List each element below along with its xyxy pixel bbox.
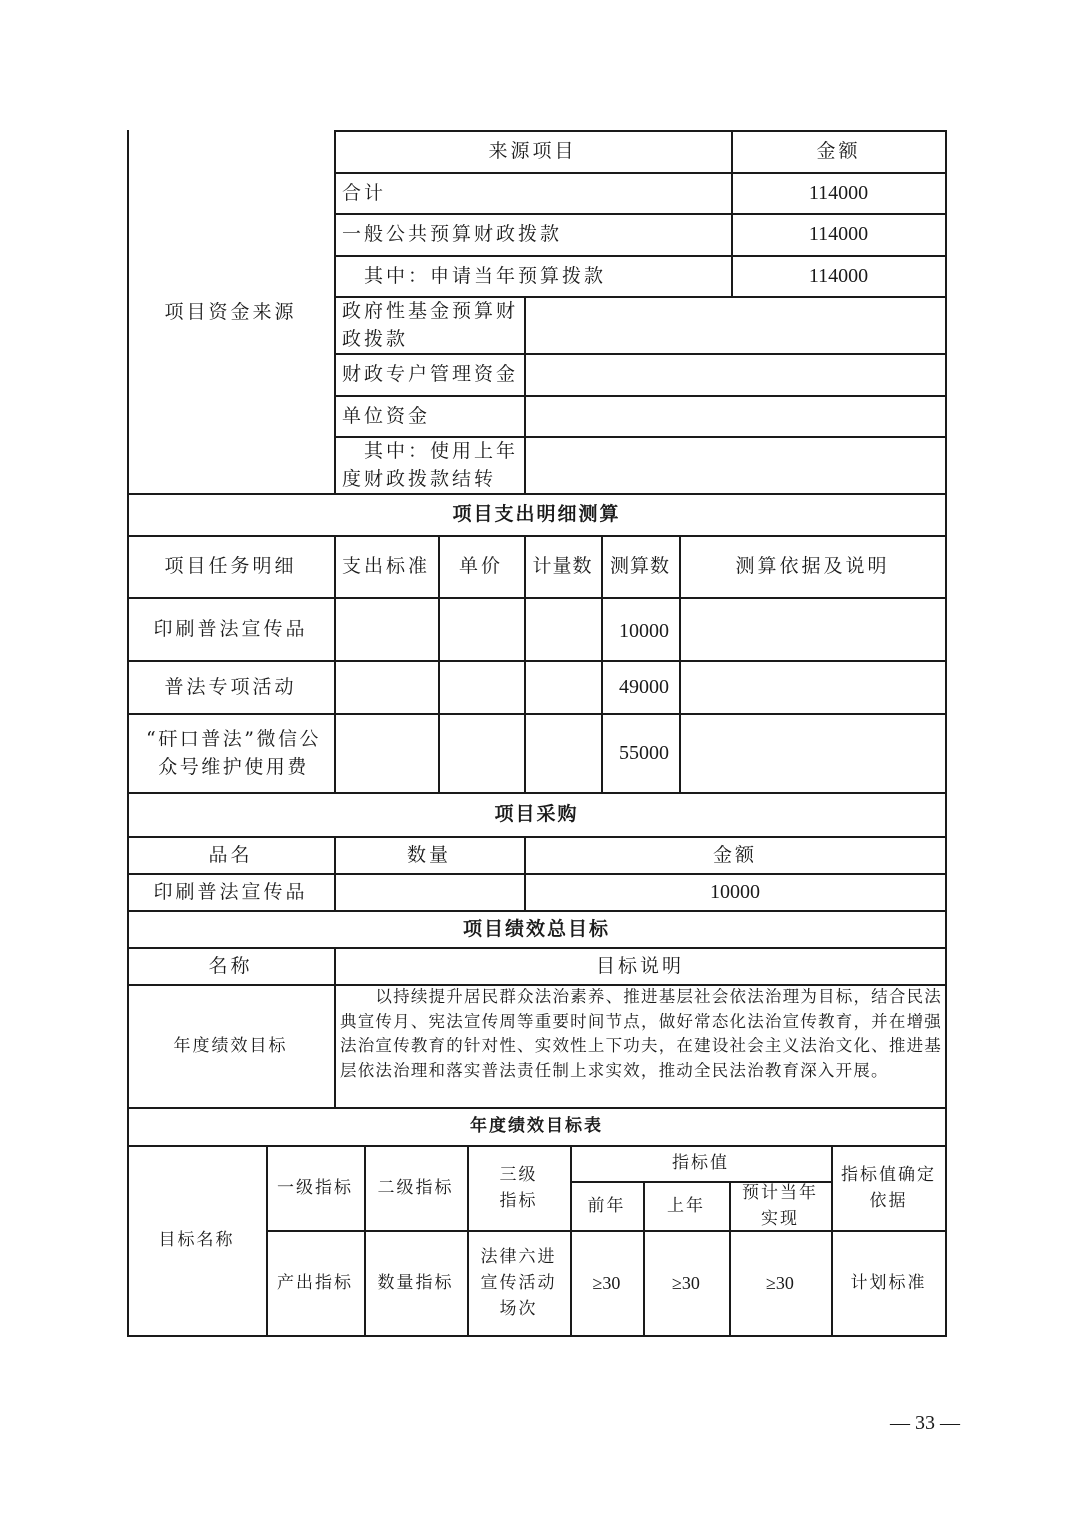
section-title: 年度绩效目标表 <box>127 1107 946 1145</box>
table-cell-level3: 法律六进宣传活动场次 <box>467 1230 570 1335</box>
column-header: 上年 <box>643 1181 729 1230</box>
table-cell-quantity <box>334 873 524 910</box>
column-header: 品名 <box>127 836 334 873</box>
funding-row-amount <box>524 353 946 395</box>
table-cell-basis <box>679 597 946 660</box>
table-cell-basis: 计划标准 <box>831 1230 946 1335</box>
table-cell-level2: 数量指标 <box>364 1230 467 1335</box>
funding-row-label: 合计 <box>334 172 731 213</box>
column-header: 计量数 <box>524 535 601 597</box>
column-header-group: 指标值 <box>570 1145 831 1181</box>
table-cell-expected: ≥30 <box>729 1230 831 1335</box>
column-header: 二级指标 <box>364 1145 467 1230</box>
funding-row-label: 单位资金 <box>334 395 524 436</box>
section-title: 项目绩效总目标 <box>127 910 946 947</box>
table-cell-prev1: ≥30 <box>643 1230 729 1335</box>
funding-row-amount <box>524 296 946 353</box>
funding-row-label: 财政专户管理资金 <box>334 353 524 395</box>
table-cell-task: “矸口普法”微信公众号维护使用费 <box>127 713 334 792</box>
target-name-label: 目标名称 <box>127 1145 266 1335</box>
funding-row-amount: 114000 <box>731 213 946 255</box>
table-cell-amount: 10000 <box>524 873 946 910</box>
column-header: 前年 <box>570 1181 643 1230</box>
table-cell-standard <box>334 660 438 713</box>
section-title: 项目采购 <box>127 792 946 836</box>
funding-row-label: 其中：申请当年预算拨款 <box>334 255 731 296</box>
table-cell-standard <box>334 597 438 660</box>
column-header: 金额 <box>524 836 946 873</box>
table-cell-name: 印刷普法宣传品 <box>127 873 334 910</box>
header-amount: 金额 <box>731 130 946 172</box>
table-cell-quantity <box>524 713 601 792</box>
table-cell-level1: 产出指标 <box>266 1230 364 1335</box>
column-header: 单价 <box>438 535 524 597</box>
page-number: — 33 — <box>890 1412 960 1435</box>
table-cell-quantity <box>524 597 601 660</box>
funding-row-label: 一般公共预算财政拨款 <box>334 213 731 255</box>
table-cell-unit-price <box>438 713 524 792</box>
column-header: 测算依据及说明 <box>679 535 946 597</box>
table-cell-unit-price <box>438 660 524 713</box>
table-cell-prev2: ≥30 <box>570 1230 643 1335</box>
column-header: 一级指标 <box>266 1145 364 1230</box>
section-title: 项目支出明细测算 <box>127 493 946 535</box>
funding-row-amount: 114000 <box>731 172 946 213</box>
table-cell-estimate: 49000 <box>601 660 679 713</box>
header-source: 来源项目 <box>334 130 731 172</box>
column-header: 三级指标 <box>467 1145 570 1230</box>
table-cell-estimate: 55000 <box>601 713 679 792</box>
column-header: 数量 <box>334 836 524 873</box>
annual-goal-label: 年度绩效目标 <box>127 984 334 1107</box>
funding-row-label: 政府性基金预算财政拨款 <box>334 296 524 353</box>
column-header: 预计当年实现 <box>729 1181 831 1230</box>
table-cell-basis <box>679 713 946 792</box>
table-cell-quantity <box>524 660 601 713</box>
table-cell-task: 普法专项活动 <box>127 660 334 713</box>
column-header: 名称 <box>127 947 334 984</box>
table-cell-unit-price <box>438 597 524 660</box>
column-header: 测算数 <box>601 535 679 597</box>
column-header: 目标说明 <box>334 947 946 984</box>
funding-row-amount <box>524 395 946 436</box>
annual-goal-description: 以持续提升居民群众法治素养、推进基层社会依法治理为目标，结合民法典宣传月、宪法宣… <box>334 984 946 1107</box>
table-cell-estimate: 10000 <box>601 597 679 660</box>
funding-row-amount <box>524 436 946 493</box>
divider <box>127 1335 947 1337</box>
funding-row-amount: 114000 <box>731 255 946 296</box>
table-cell-standard <box>334 713 438 792</box>
table-cell-basis <box>679 660 946 713</box>
table-cell-task: 印刷普法宣传品 <box>127 597 334 660</box>
column-header: 项目任务明细 <box>127 535 334 597</box>
funding-row-label: 其中：使用上年度财政拨款结转 <box>334 436 524 493</box>
funding-source-label: 项目资金来源 <box>127 296 334 328</box>
column-header: 指标值确定依据 <box>831 1145 946 1230</box>
column-header: 支出标准 <box>334 535 438 597</box>
